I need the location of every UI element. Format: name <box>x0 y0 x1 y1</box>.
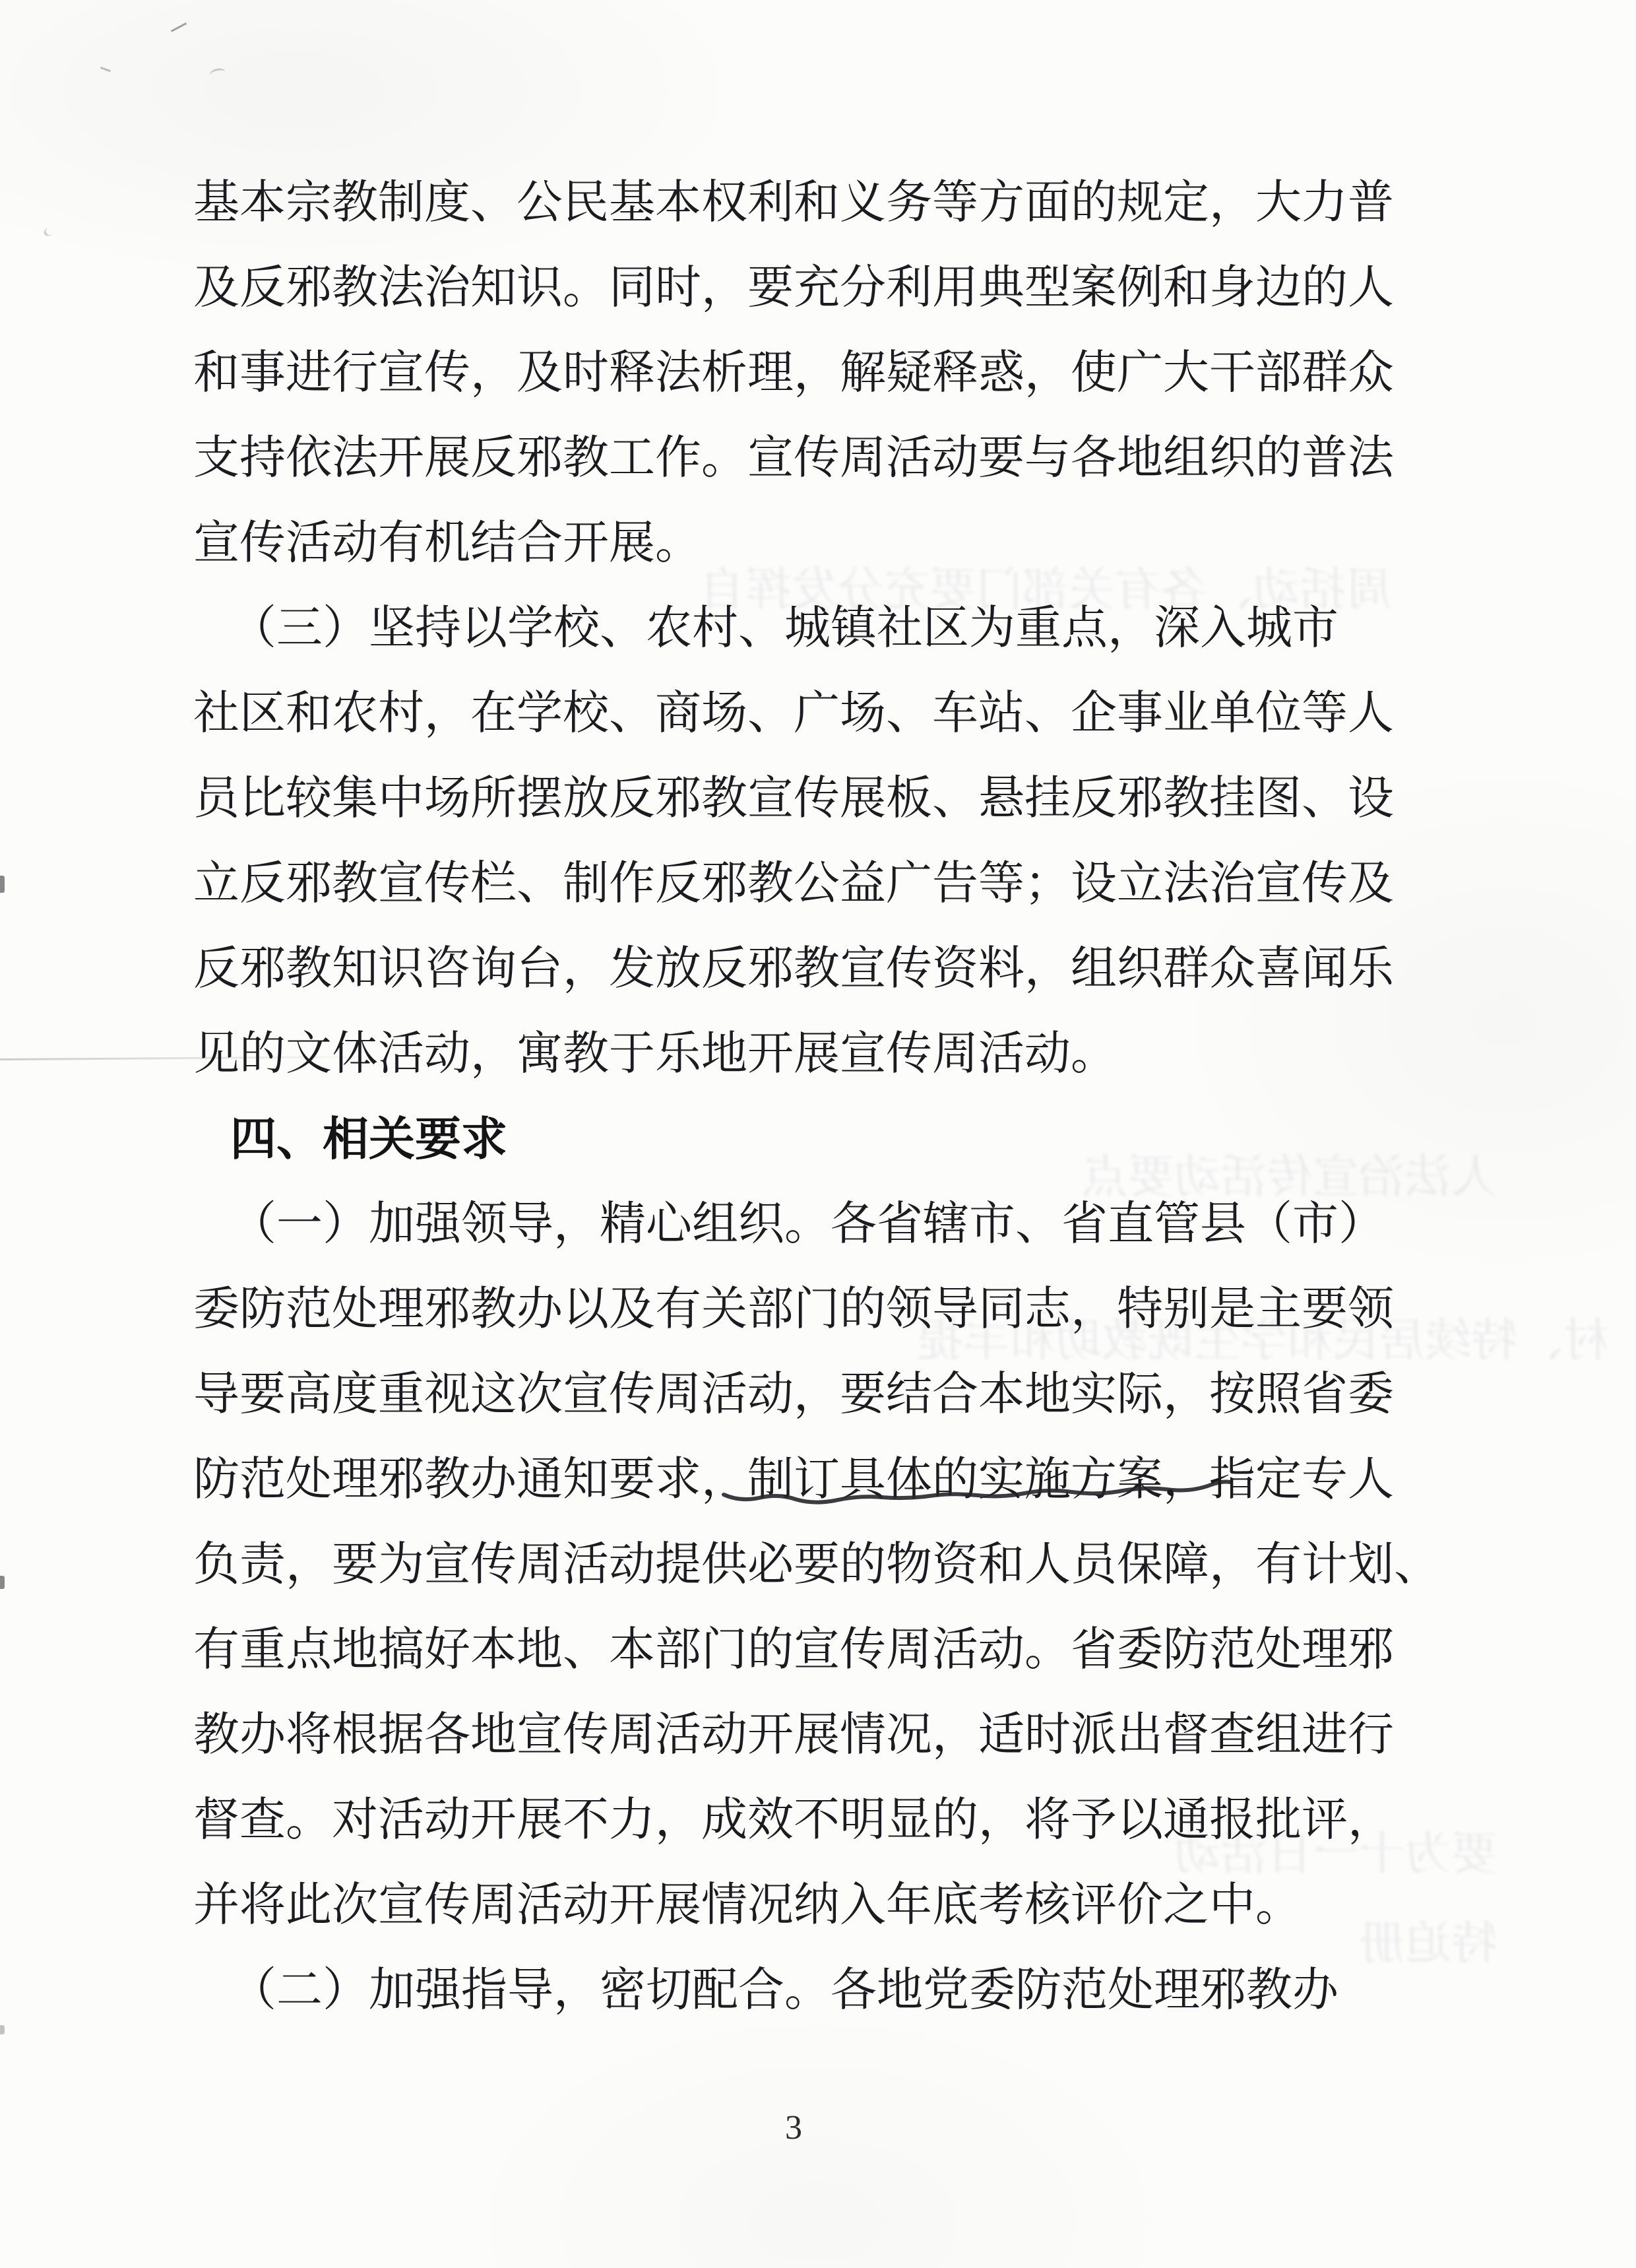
text-segment: 制订具体的实施方案 <box>747 1454 1163 1505</box>
scan-edge-mark <box>0 1576 5 1589</box>
text-line: 委防范处理邪教办以及有关部门的领导同志，特别是主要领 <box>193 1267 1414 1352</box>
section-heading: 四、相关要求 <box>193 1097 1414 1182</box>
scan-speck <box>162 15 187 32</box>
text-segment: ，指定专人 <box>1163 1454 1394 1505</box>
text-line: 社区和农村，在学校、商场、广场、车站、企事业单位等人 <box>193 671 1414 756</box>
text-line-paragraph-start: （三）坚持以学校、农村、城镇社区为重点，深入城市 <box>193 586 1414 671</box>
scanned-document-page: 周括动、各有关部门要充分发挥自 人法治宣传活动要点 村、特续居民和学生既教助和丰… <box>0 0 1636 2268</box>
scan-speck <box>209 67 227 81</box>
text-line: 支持依法开展反邪教工作。宣传周活动要与各地组织的普法 <box>193 416 1414 501</box>
text-line: 见的文体活动，寓教于乐地开展宣传周活动。 <box>193 1012 1414 1097</box>
scan-edge-mark <box>0 876 5 893</box>
text-line-paragraph-start: （一）加强领导，精心组织。各省辖市、省直管县（市） <box>193 1182 1414 1267</box>
scan-edge-mark <box>0 2025 5 2034</box>
underlined-text: 制订具体的实施方案 <box>747 1454 1163 1505</box>
text-line: 导要高度重视这次宣传周活动，要结合本地实际，按照省委 <box>193 1352 1414 1437</box>
text-line: 宣传活动有机结合开展。 <box>193 501 1414 586</box>
text-line: 员比较集中场所摆放反邪教宣传展板、悬挂反邪教挂图、设 <box>193 756 1414 841</box>
scan-speck <box>100 59 113 73</box>
text-line: 和事进行宣传，及时释法析理，解疑释惑，使广大干部群众 <box>193 331 1414 416</box>
scan-speck <box>42 222 60 238</box>
document-body: 基本宗教制度、公民基本权利和义务等方面的规定，大力普 及反邪教法治知识。同时，要… <box>193 160 1414 2033</box>
text-line: 及反邪教法治知识。同时，要充分利用典型案例和身边的人 <box>193 245 1414 331</box>
page-number: 3 <box>193 2108 1394 2148</box>
text-line: 立反邪教宣传栏、制作反邪教公益广告等；设立法治宣传及 <box>193 841 1414 926</box>
text-line-paragraph-start: （二）加强指导，密切配合。各地党委防范处理邪教办 <box>193 1948 1414 2033</box>
text-segment: 防范处理邪教办通知要求， <box>193 1454 747 1505</box>
text-line: 负责，要为宣传周活动提供必要的物资和人员保障，有计划、 <box>193 1522 1414 1607</box>
text-line: 并将此次宣传周活动开展情况纳入年底考核评价之中。 <box>193 1863 1414 1948</box>
text-line: 基本宗教制度、公民基本权利和义务等方面的规定，大力普 <box>193 160 1414 245</box>
text-line: 反邪教知识咨询台，发放反邪教宣传资料，组织群众喜闻乐 <box>193 926 1414 1012</box>
text-line: 督查。对活动开展不力，成效不明显的，将予以通报批评， <box>193 1778 1414 1863</box>
text-line: 有重点地搞好本地、本部门的宣传周活动。省委防范处理邪 <box>193 1607 1414 1693</box>
text-line-with-underline: 防范处理邪教办通知要求，制订具体的实施方案，指定专人 <box>193 1437 1414 1522</box>
text-line: 教办将根据各地宣传周活动开展情况，适时派出督查组进行 <box>193 1693 1414 1778</box>
